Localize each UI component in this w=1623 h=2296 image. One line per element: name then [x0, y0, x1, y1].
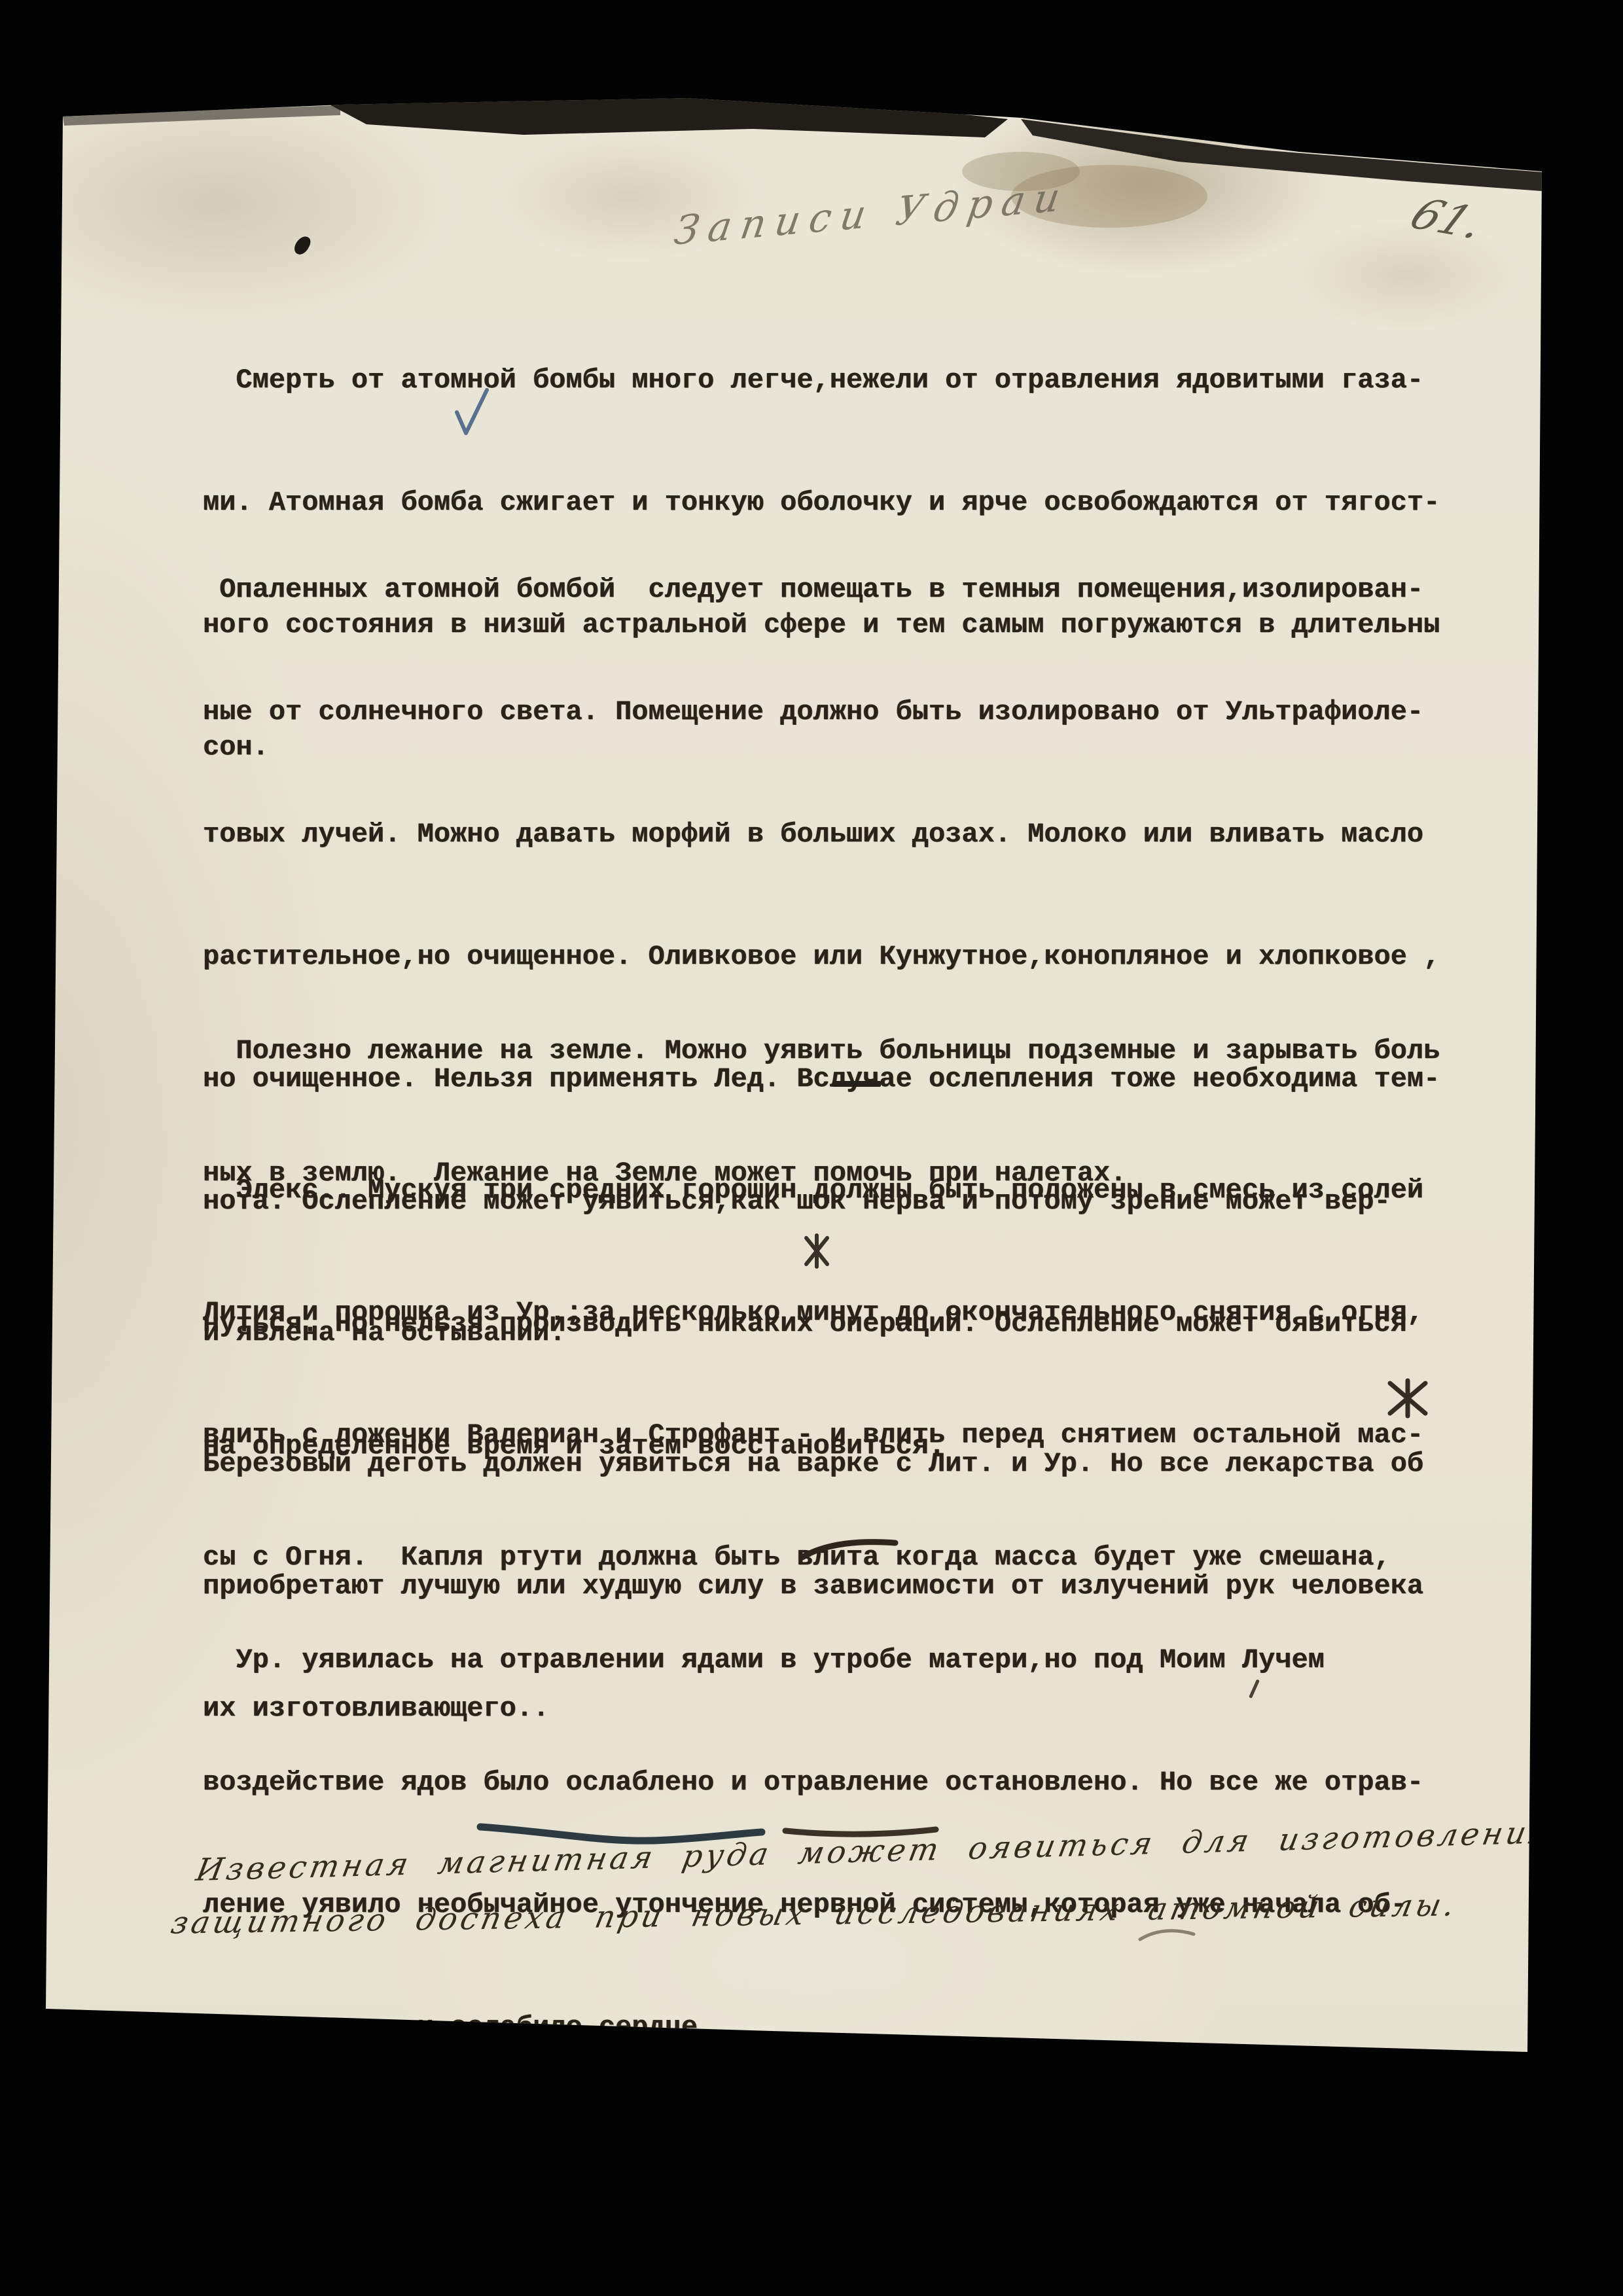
- typed-line: Березовый деготь должен уявиться на варк…: [203, 1434, 1423, 1494]
- typed-dash-separator: [832, 1081, 881, 1087]
- typed-line: Элекс.. Мускуя три средних горошин должн…: [203, 1161, 1423, 1220]
- torn-edge-remnant: [0, 0, 1623, 222]
- ink-speck: [292, 234, 313, 257]
- typed-line: товых лучей. Можно давать морфий в больш…: [203, 805, 1440, 864]
- typed-line-tight: и явлена на остывании.: [203, 1316, 566, 1349]
- typed-line: ные от солнечного света. Помещение должн…: [203, 682, 1440, 742]
- pencil-curl-mark: [1137, 1926, 1196, 1943]
- ink-flourish-dash: [800, 1536, 898, 1563]
- overstrike-x-icon: [804, 1234, 830, 1268]
- typed-line: разовываться и ослабило сердце.: [203, 1998, 1423, 2057]
- typed-line: воздействие ядов было ослаблено и отравл…: [203, 1753, 1423, 1812]
- blue-checkmark-icon: [453, 387, 492, 440]
- scan-background: Записи Удраи 61. Смерть от атомной бомбы…: [0, 0, 1623, 2296]
- strikeout-x-icon: [1386, 1379, 1429, 1417]
- typed-line: Опаленных атомной бомбой следует помещат…: [203, 560, 1440, 620]
- typed-line: Ур. уявилась на отравлении ядами в утроб…: [203, 1631, 1423, 1690]
- typed-line: Полезно лежание на земле. Можно уявить б…: [203, 1021, 1440, 1081]
- document-page: Записи Удраи 61. Смерть от атомной бомбы…: [0, 0, 1623, 2296]
- typed-line: Смерть от атомной бомбы много легче,неже…: [203, 351, 1440, 410]
